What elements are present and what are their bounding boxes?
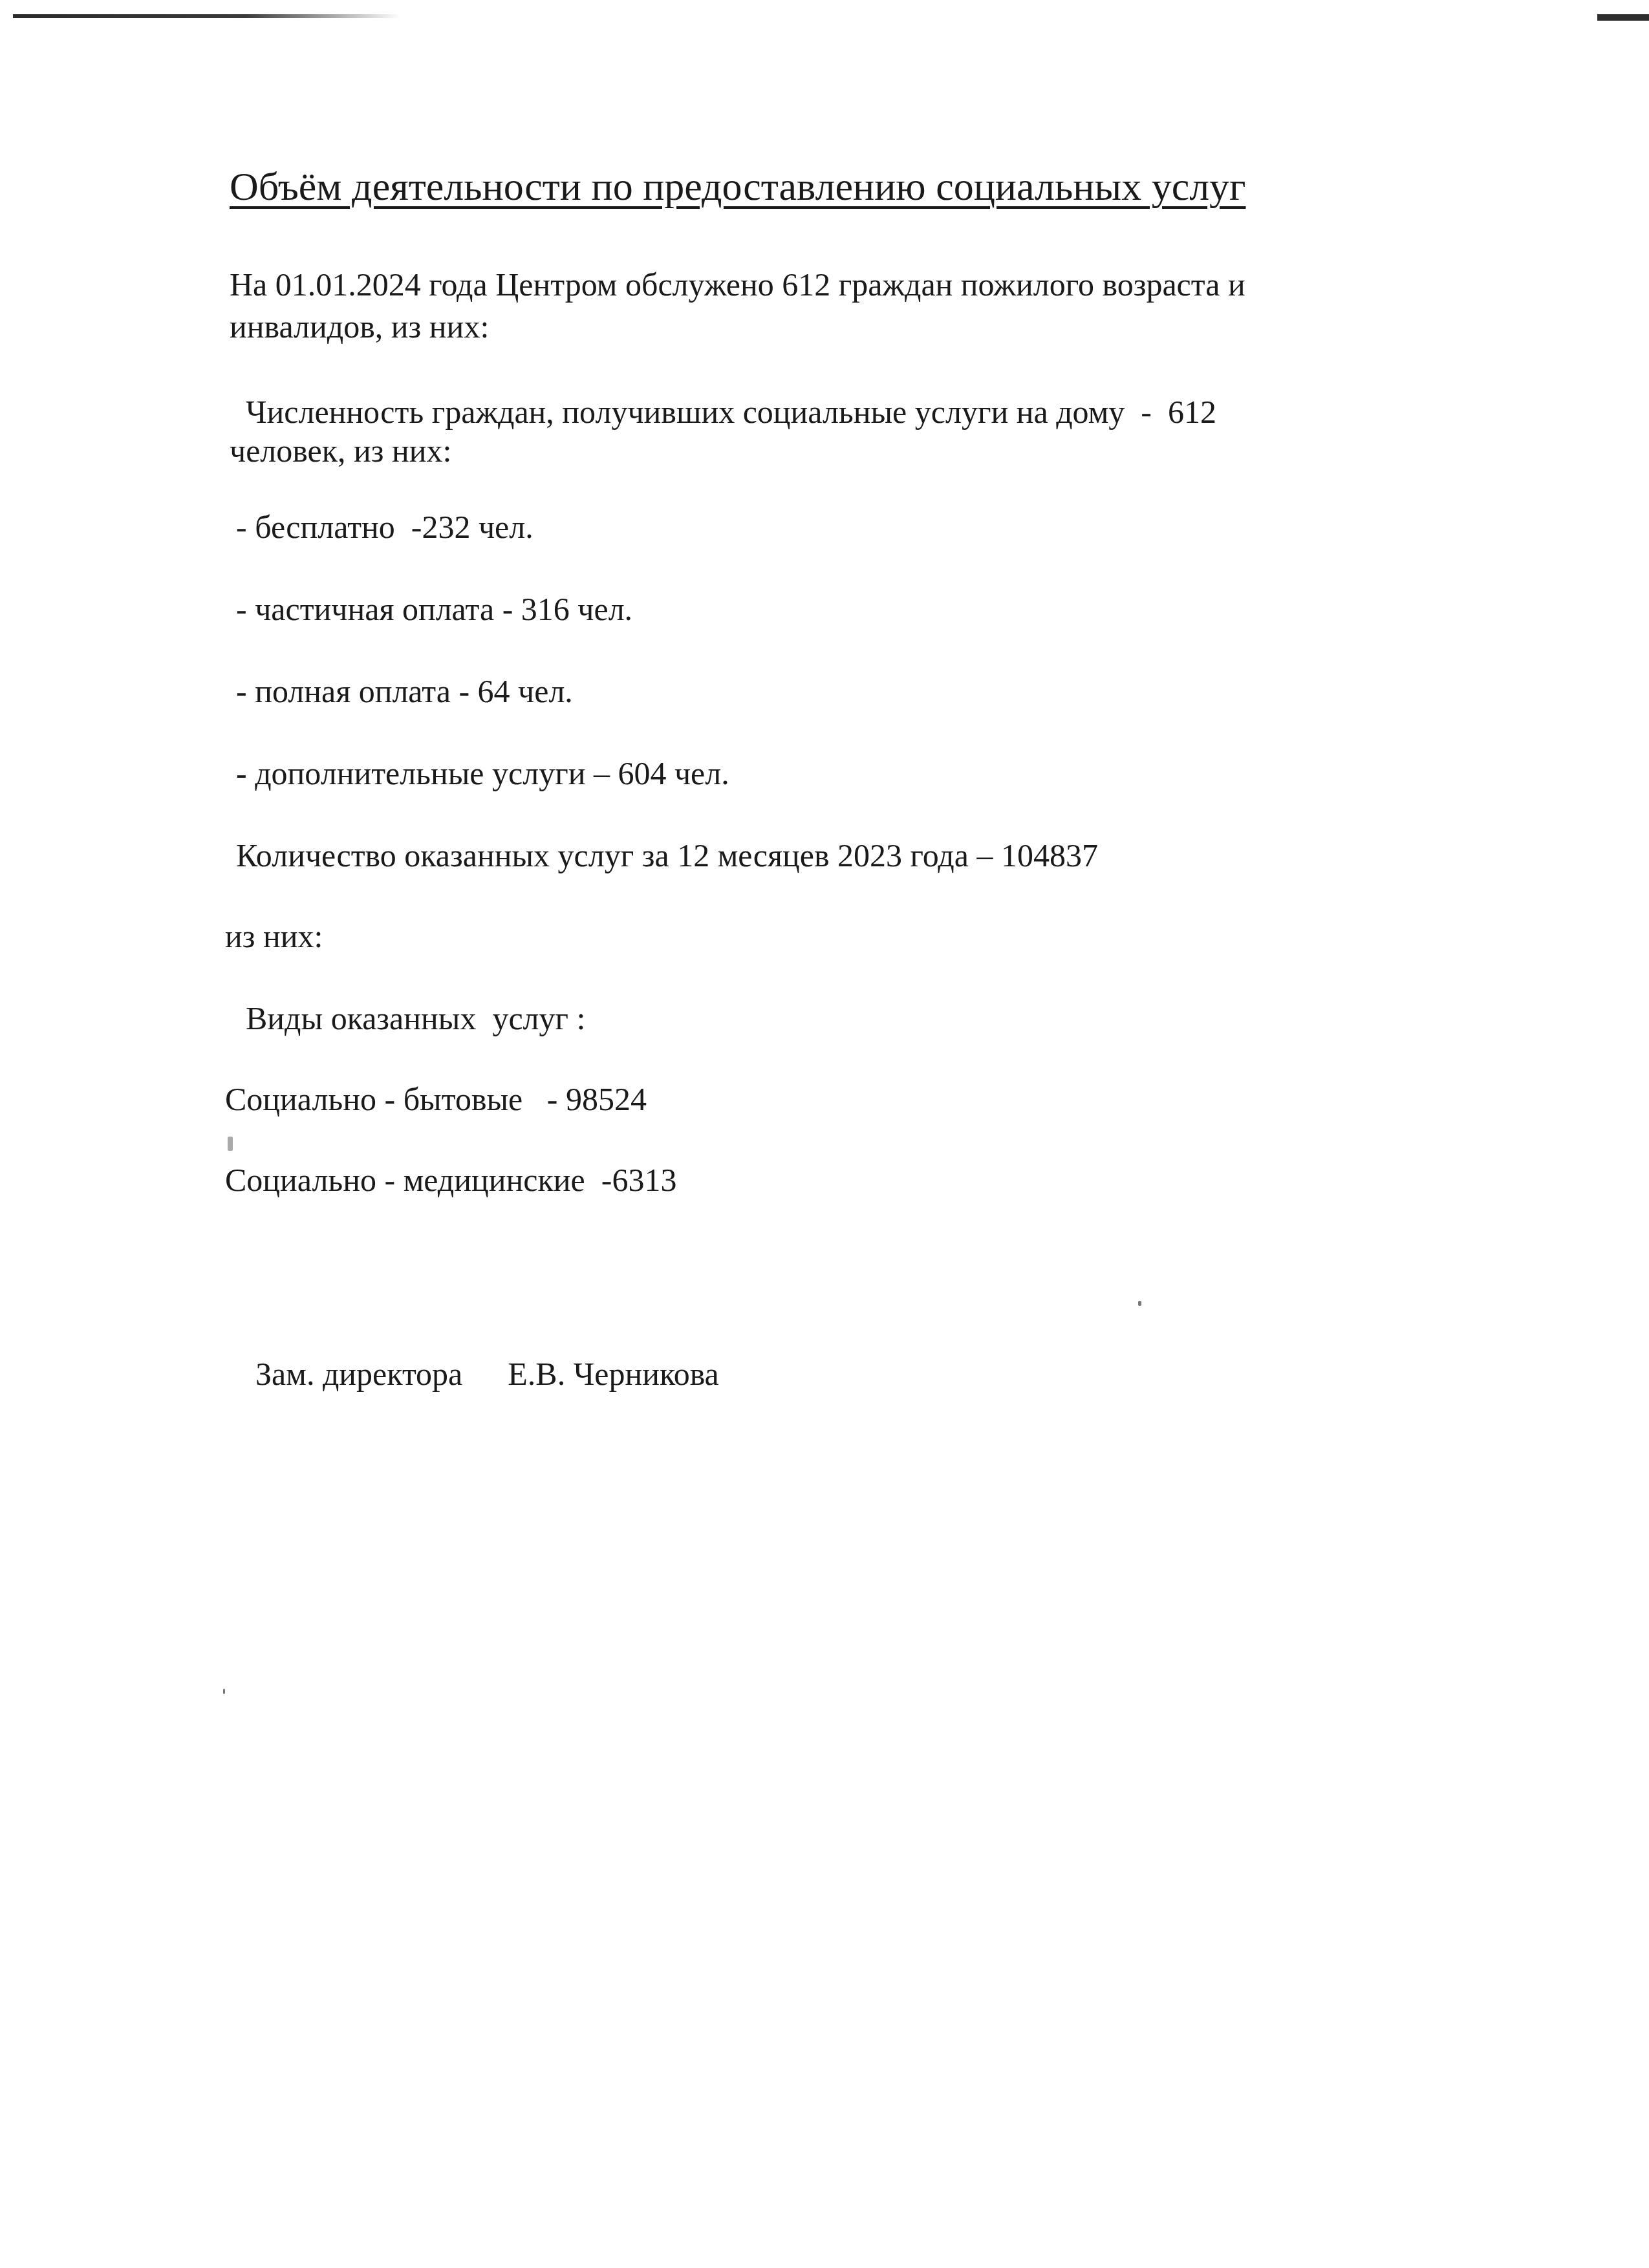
signature-line: Зам. директораЕ.В. Черникова xyxy=(223,1325,719,1422)
service-type-household: Социально - бытовые - 98524 xyxy=(225,1083,647,1115)
breakdown-item-partial-payment: - частичная оплата - 316 чел. xyxy=(236,593,632,625)
scan-speck xyxy=(1138,1301,1141,1306)
scan-speck xyxy=(228,1137,233,1151)
home-services-line-1: Численность граждан, получивших социальн… xyxy=(246,396,1216,428)
document-page: Объём деятельности по предоставлению соц… xyxy=(0,0,1649,2268)
of-them-label: из них: xyxy=(225,920,323,952)
breakdown-item-free: - бесплатно -232 чел. xyxy=(236,511,533,543)
scan-speck xyxy=(223,1689,225,1694)
service-types-heading: Виды оказанных услуг : xyxy=(246,1002,585,1034)
intro-paragraph-line-2: инвалидов, из них: xyxy=(230,310,489,343)
services-total-line: Количество оказанных услуг за 12 месяцев… xyxy=(236,839,1098,872)
signature-name: Е.В. Черникова xyxy=(508,1356,719,1392)
service-type-medical: Социально - медицинские -6313 xyxy=(225,1164,676,1196)
breakdown-item-full-payment: - полная оплата - 64 чел. xyxy=(236,675,573,707)
signature-position: Зам. директора xyxy=(255,1356,462,1392)
home-services-line-2: человек, из них: xyxy=(230,434,452,467)
document-title: Объём деятельности по предоставлению соц… xyxy=(230,167,1246,207)
intro-paragraph-line-1: На 01.01.2024 года Центром обслужено 612… xyxy=(230,268,1245,301)
breakdown-item-additional-services: - дополнительные услуги – 604 чел. xyxy=(236,757,729,789)
